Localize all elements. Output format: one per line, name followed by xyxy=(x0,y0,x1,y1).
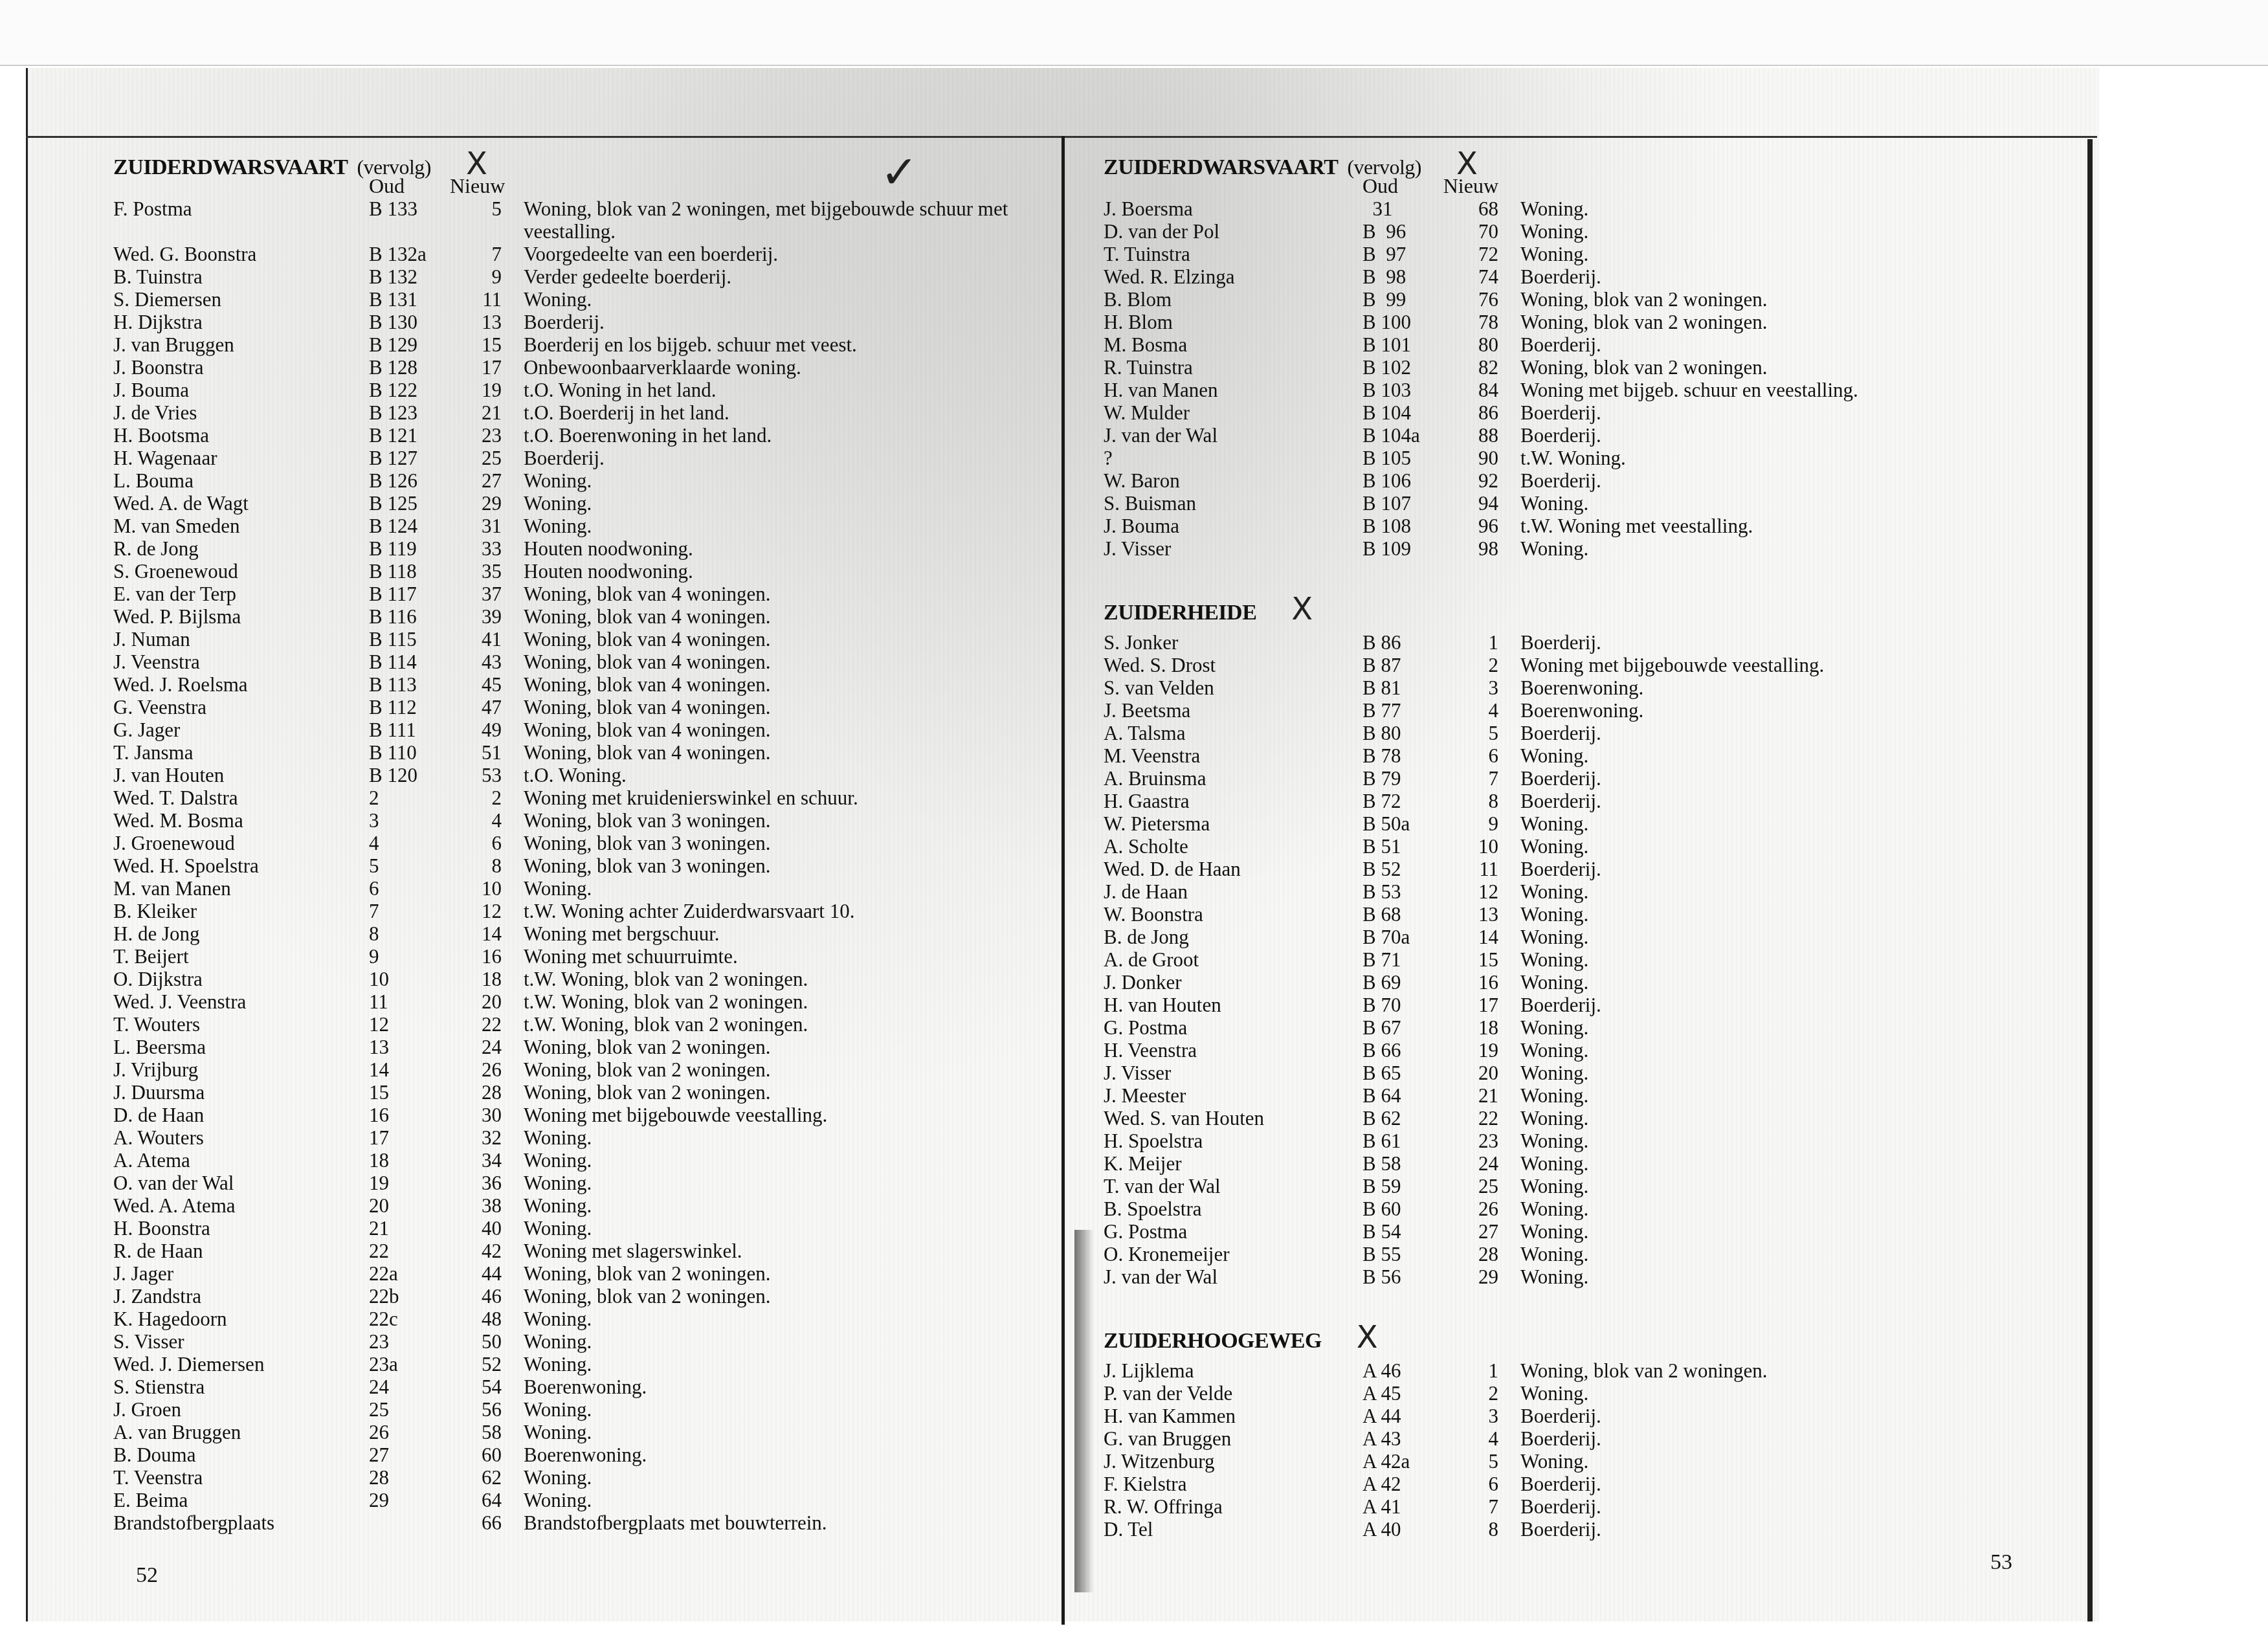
property-description: t.O. Woning. xyxy=(515,764,1039,786)
new-number: 2 xyxy=(1434,1382,1511,1405)
old-number: A 41 xyxy=(1362,1495,1434,1518)
resident-name: L. Bouma xyxy=(113,469,369,492)
property-description: Brandstofbergplaats met bouwterrein. xyxy=(515,1511,1039,1534)
new-number: 90 xyxy=(1434,447,1511,469)
old-number: B 62 xyxy=(1362,1107,1434,1130)
resident-name: B. Douma xyxy=(113,1443,369,1466)
resident-name: W. Pietersma xyxy=(1104,812,1362,835)
resident-row: Wed. P. BijlsmaB 11639Woning, blok van 4… xyxy=(113,605,1039,628)
new-number: 12 xyxy=(1434,880,1511,903)
resident-name: J. Meester xyxy=(1104,1084,1362,1107)
old-number: A 44 xyxy=(1362,1405,1434,1427)
new-number: 14 xyxy=(1434,926,1511,948)
new-number: 16 xyxy=(1434,971,1511,994)
property-description: Woning, blok van 3 woningen. xyxy=(515,854,1039,877)
new-number: 37 xyxy=(450,583,515,605)
resident-name: G. Postma xyxy=(1104,1220,1362,1243)
new-number: 6 xyxy=(1434,1473,1511,1495)
resident-row: J. LijklemaA 461Woning, blok van 2 wonin… xyxy=(1104,1359,2074,1382)
new-number: 42 xyxy=(450,1240,515,1262)
property-description: Woning, blok van 4 woningen. xyxy=(515,651,1039,673)
street-name: ZUIDERHOOGEWEG xyxy=(1104,1329,1322,1353)
new-number: 9 xyxy=(450,265,515,288)
new-number: 33 xyxy=(450,537,515,560)
new-number: 14 xyxy=(450,922,515,945)
resident-row: J. Vrijburg1426Woning, blok van 2 woning… xyxy=(113,1058,1039,1081)
new-number: 48 xyxy=(450,1308,515,1330)
old-number: 15 xyxy=(369,1081,450,1104)
resident-row: H. VeenstraB 6619Woning. xyxy=(1104,1039,2074,1062)
property-description: Woning, blok van 4 woningen. xyxy=(515,605,1039,628)
old-number: 14 xyxy=(369,1058,450,1081)
page-number-right: 53 xyxy=(1990,1550,2012,1575)
new-number: 27 xyxy=(1434,1220,1511,1243)
property-description: Boerderij. xyxy=(1511,790,2074,812)
property-description: Boerderij. xyxy=(1511,1473,2074,1495)
property-description: Woning. xyxy=(515,1421,1039,1443)
handwritten-x-mark-icon: X xyxy=(1357,1319,1377,1355)
property-description: t.W. Woning, blok van 2 woningen. xyxy=(515,990,1039,1013)
new-number: 98 xyxy=(1434,537,1511,560)
new-number: 15 xyxy=(450,333,515,356)
old-number: B 64 xyxy=(1362,1084,1434,1107)
resident-name: Wed. M. Bosma xyxy=(113,809,369,832)
old-number: 20 xyxy=(369,1194,450,1217)
resident-name: W. Baron xyxy=(1104,469,1362,492)
old-number: 5 xyxy=(369,854,450,877)
property-description: Woning, blok van 2 woningen. xyxy=(1511,356,2074,379)
resident-name: H. Blom xyxy=(1104,311,1362,333)
property-description: Woning met bijgebouwde veestalling. xyxy=(1511,654,2074,676)
old-number: B 126 xyxy=(369,469,450,492)
old-number: B 102 xyxy=(1362,356,1434,379)
resident-row: B. TuinstraB 1329Verder gedeelte boerder… xyxy=(113,265,1039,288)
resident-row: H. SpoelstraB 6123Woning. xyxy=(1104,1130,2074,1152)
resident-row: S. van VeldenB 813Boerenwoning. xyxy=(1104,676,2074,699)
property-description: Woning. xyxy=(515,1353,1039,1375)
resident-name: T. Wouters xyxy=(113,1013,369,1036)
resident-row: K. Hagedoorn22c48Woning. xyxy=(113,1308,1039,1330)
resident-name: A. Atema xyxy=(113,1149,369,1172)
old-number: B 128 xyxy=(369,356,450,379)
resident-row: A. Wouters1732Woning. xyxy=(113,1126,1039,1149)
old-number: 12 xyxy=(369,1013,450,1036)
resident-name: H. van Kammen xyxy=(1104,1405,1362,1427)
old-number: A 43 xyxy=(1362,1427,1434,1450)
property-description: Woning, blok van 2 woningen, met bijgebo… xyxy=(515,197,1039,243)
resident-name: A. Scholte xyxy=(1104,835,1362,858)
resident-name: J. Lijklema xyxy=(1104,1359,1362,1382)
resident-row: A. van Bruggen2658Woning. xyxy=(113,1421,1039,1443)
property-description: Boerderij. xyxy=(1511,631,2074,654)
col-spacer xyxy=(1511,174,2074,198)
resident-name: T. Tuinstra xyxy=(1104,243,1362,265)
resident-name: Brandstofbergplaats xyxy=(113,1511,369,1534)
resident-row: J. van der WalB 5629Woning. xyxy=(1104,1265,2074,1288)
property-description: Boerderij. xyxy=(1511,424,2074,447)
old-number: 26 xyxy=(369,1421,450,1443)
resident-name: J. Bouma xyxy=(1104,515,1362,537)
old-number: B 70 xyxy=(1362,994,1434,1016)
old-number: 22 xyxy=(369,1240,450,1262)
property-description: Woning, blok van 3 woningen. xyxy=(515,832,1039,854)
new-number: 23 xyxy=(450,424,515,447)
property-description: Houten noodwoning. xyxy=(515,560,1039,583)
new-number: 8 xyxy=(1434,1518,1511,1541)
resident-row: Wed. J. Diemersen23a52Woning. xyxy=(113,1353,1039,1375)
property-description: Woning. xyxy=(1511,1016,2074,1039)
new-number: 68 xyxy=(1434,197,1511,220)
resident-row: H. Boonstra2140Woning. xyxy=(113,1217,1039,1240)
resident-row: A. ScholteB 5110Woning. xyxy=(1104,835,2074,858)
property-description: t.W. Woning, blok van 2 woningen. xyxy=(515,1013,1039,1036)
property-description: t.W. Woning, blok van 2 woningen. xyxy=(515,968,1039,990)
new-number: 3 xyxy=(1434,1405,1511,1427)
new-number: 53 xyxy=(450,764,515,786)
old-number: B 130 xyxy=(369,311,450,333)
resident-row: M. van SmedenB 12431Woning. xyxy=(113,515,1039,537)
old-number: 16 xyxy=(369,1104,450,1126)
property-description: Woning. xyxy=(515,515,1039,537)
resident-name: B. de Jong xyxy=(1104,926,1362,948)
street-section: ZUIDERDWARSVAART(vervolg)XOudNieuwJ. Boe… xyxy=(1104,146,2074,560)
old-number: A 42a xyxy=(1362,1450,1434,1473)
spine-shadow xyxy=(1074,1230,1094,1592)
property-description: Boerderij. xyxy=(1511,767,2074,790)
new-number: 30 xyxy=(450,1104,515,1126)
old-number: B 79 xyxy=(1362,767,1434,790)
property-description: Boerenwoning. xyxy=(515,1375,1039,1398)
old-number: 9 xyxy=(369,945,450,968)
property-description: Woning. xyxy=(1511,1265,2074,1288)
old-number: B 97 xyxy=(1362,243,1434,265)
resident-name: H. Wagenaar xyxy=(113,447,369,469)
resident-name: Wed. J. Roelsma xyxy=(113,673,369,696)
property-description: t.W. Woning. xyxy=(1511,447,2074,469)
property-description: Woning. xyxy=(1511,1175,2074,1197)
old-number: B 77 xyxy=(1362,699,1434,722)
old-number: B 104 xyxy=(1362,401,1434,424)
property-description: Boerderij. xyxy=(1511,722,2074,744)
resident-row: G. VeenstraB 11247Woning, blok van 4 won… xyxy=(113,696,1039,718)
resident-row: A. TalsmaB 805Boerderij. xyxy=(1104,722,2074,744)
property-description: Woning. xyxy=(515,1172,1039,1194)
property-description: Woning. xyxy=(1511,1243,2074,1265)
new-number: 94 xyxy=(1434,492,1511,515)
property-description: Woning. xyxy=(1511,971,2074,994)
resident-name: L. Beersma xyxy=(113,1036,369,1058)
old-number: 21 xyxy=(369,1217,450,1240)
new-number: 18 xyxy=(450,968,515,990)
resident-name: J. Zandstra xyxy=(113,1285,369,1308)
property-description: Woning. xyxy=(515,1330,1039,1353)
resident-row: S. BuismanB 10794Woning. xyxy=(1104,492,2074,515)
old-number: B 59 xyxy=(1362,1175,1434,1197)
old-number: 24 xyxy=(369,1375,450,1398)
old-number: B 101 xyxy=(1362,333,1434,356)
new-number: 80 xyxy=(1434,333,1511,356)
resident-row: D. van der PolB 9670Woning. xyxy=(1104,220,2074,243)
property-description: Woning. xyxy=(1511,1107,2074,1130)
resident-name: J. Bouma xyxy=(113,379,369,401)
old-number: B 72 xyxy=(1362,790,1434,812)
old-number: A 40 xyxy=(1362,1518,1434,1541)
column-headers: OudNieuw xyxy=(113,174,1039,197)
resident-name: T. Jansma xyxy=(113,741,369,764)
new-number: 11 xyxy=(450,288,515,311)
old-number: 17 xyxy=(369,1126,450,1149)
new-number: 1 xyxy=(1434,1359,1511,1382)
property-description: Woning, blok van 4 woningen. xyxy=(515,628,1039,651)
resident-name: E. Beima xyxy=(113,1489,369,1511)
new-number: 24 xyxy=(450,1036,515,1058)
resident-row: T. Beijert916Woning met schuurruimte. xyxy=(113,945,1039,968)
resident-name: J. de Haan xyxy=(1104,880,1362,903)
resident-row: K. MeijerB 5824Woning. xyxy=(1104,1152,2074,1175)
book-spine xyxy=(1062,136,1065,1625)
new-number: 12 xyxy=(450,900,515,922)
new-number: 62 xyxy=(450,1466,515,1489)
property-description: Boerenwoning. xyxy=(1511,676,2074,699)
new-number: 21 xyxy=(1434,1084,1511,1107)
property-description: Woning. xyxy=(515,1194,1039,1217)
new-number: 15 xyxy=(1434,948,1511,971)
resident-name: J. Visser xyxy=(1104,1062,1362,1084)
property-description: Boerderij. xyxy=(1511,858,2074,880)
section-heading: ZUIDERDWARSVAART(vervolg)X xyxy=(113,146,1039,174)
resident-name: W. Mulder xyxy=(1104,401,1362,424)
resident-name: Wed. A. Atema xyxy=(113,1194,369,1217)
resident-name: H. Veenstra xyxy=(1104,1039,1362,1062)
resident-row: J. Jager22a44Woning, blok van 2 woningen… xyxy=(113,1262,1039,1285)
property-description: Woning met schuurruimte. xyxy=(515,945,1039,968)
resident-row: H. van HoutenB 7017Boerderij. xyxy=(1104,994,2074,1016)
new-number: 4 xyxy=(1434,1427,1511,1450)
page-right-edge xyxy=(2087,139,2093,1621)
resident-row: T. Veenstra2862Woning. xyxy=(113,1466,1039,1489)
resident-name: J. van der Wal xyxy=(1104,424,1362,447)
new-number: 17 xyxy=(450,356,515,379)
property-description: Woning, blok van 2 woningen. xyxy=(1511,311,2074,333)
scan-top-margin xyxy=(0,0,2268,66)
resident-name: A. Bruinsma xyxy=(1104,767,1362,790)
new-number: 36 xyxy=(450,1172,515,1194)
property-description: Woning, blok van 2 woningen. xyxy=(515,1262,1039,1285)
new-number: 51 xyxy=(450,741,515,764)
new-number: 44 xyxy=(450,1262,515,1285)
property-description: Boerderij. xyxy=(515,447,1039,469)
new-number: 76 xyxy=(1434,288,1511,311)
resident-name: G. van Bruggen xyxy=(1104,1427,1362,1450)
property-description: Woning. xyxy=(515,1149,1039,1172)
property-description: Boerderij. xyxy=(1511,401,2074,424)
col-spacer xyxy=(515,174,1039,198)
page-number-left: 52 xyxy=(136,1563,158,1588)
new-number: 49 xyxy=(450,718,515,741)
resident-name: Wed. H. Spoelstra xyxy=(113,854,369,877)
property-description: Woning, blok van 2 woningen. xyxy=(1511,1359,2074,1382)
old-number: 28 xyxy=(369,1466,450,1489)
old-number: 25 xyxy=(369,1398,450,1421)
resident-row: G. PostmaB 6718Woning. xyxy=(1104,1016,2074,1039)
property-description: t.O. Boerenwoning in het land. xyxy=(515,424,1039,447)
new-number: 47 xyxy=(450,696,515,718)
old-number: 11 xyxy=(369,990,450,1013)
resident-row: H. de Jong814Woning met bergschuur. xyxy=(113,922,1039,945)
resident-row: H. DijkstraB 13013Boerderij. xyxy=(113,311,1039,333)
resident-row: T. JansmaB 11051Woning, blok van 4 wonin… xyxy=(113,741,1039,764)
resident-name: J. Duursma xyxy=(113,1081,369,1104)
property-description: Woning, blok van 4 woningen. xyxy=(515,673,1039,696)
property-description: Woning. xyxy=(515,1126,1039,1149)
resident-name: B. Tuinstra xyxy=(113,265,369,288)
old-number: B 106 xyxy=(1362,469,1434,492)
old-number: A 42 xyxy=(1362,1473,1434,1495)
property-description: Woning. xyxy=(1511,1382,2074,1405)
old-number: B 117 xyxy=(369,583,450,605)
property-description: Woning. xyxy=(1511,197,2074,220)
property-description: Woning. xyxy=(1511,1062,2074,1084)
resident-name: Wed. S. Drost xyxy=(1104,654,1362,676)
resident-name: J. Vrijburg xyxy=(113,1058,369,1081)
old-number: 6 xyxy=(369,877,450,900)
property-description: t.W. Woning met veestalling. xyxy=(1511,515,2074,537)
old-number: B 56 xyxy=(1362,1265,1434,1288)
new-number: 34 xyxy=(450,1149,515,1172)
new-number: 8 xyxy=(1434,790,1511,812)
old-number: B 103 xyxy=(1362,379,1434,401)
property-description: Woning. xyxy=(1511,1130,2074,1152)
resident-row: O. van der Wal1936Woning. xyxy=(113,1172,1039,1194)
new-number: 66 xyxy=(450,1511,515,1534)
resident-name: R. Tuinstra xyxy=(1104,356,1362,379)
old-number: 31 xyxy=(1362,197,1434,220)
old-number: B 86 xyxy=(1362,631,1434,654)
resident-name: J. Boersma xyxy=(1104,197,1362,220)
property-description: Woning. xyxy=(515,288,1039,311)
property-description: Woning. xyxy=(515,1398,1039,1421)
property-description: Woning. xyxy=(1511,1039,2074,1062)
street-section: ZUIDERHOOGEWEGXJ. LijklemaA 461Woning, b… xyxy=(1104,1319,2074,1541)
property-description: Woning. xyxy=(1511,903,2074,926)
resident-row: T. van der WalB 5925Woning. xyxy=(1104,1175,2074,1197)
property-description: Woning. xyxy=(1511,1084,2074,1107)
property-description: Woning. xyxy=(1511,243,2074,265)
property-description: Woning. xyxy=(1511,812,2074,835)
resident-name: S. Buisman xyxy=(1104,492,1362,515)
old-number: 27 xyxy=(369,1443,450,1466)
resident-row: J. VisserB 6520Woning. xyxy=(1104,1062,2074,1084)
old-number: B 78 xyxy=(1362,744,1434,767)
old-number: B 118 xyxy=(369,560,450,583)
old-number: B 125 xyxy=(369,492,450,515)
resident-row: S. Stienstra2454Boerenwoning. xyxy=(113,1375,1039,1398)
resident-row: J. de HaanB 5312Woning. xyxy=(1104,880,2074,903)
resident-name: A. van Bruggen xyxy=(113,1421,369,1443)
old-number: B 70a xyxy=(1362,926,1434,948)
resident-row: O. KronemeijerB 5528Woning. xyxy=(1104,1243,2074,1265)
new-number: 5 xyxy=(450,197,515,220)
old-number: B 51 xyxy=(1362,835,1434,858)
resident-name: A. Talsma xyxy=(1104,722,1362,744)
resident-name: Wed. T. Dalstra xyxy=(113,786,369,809)
new-number: 10 xyxy=(1434,835,1511,858)
resident-name: E. van der Terp xyxy=(113,583,369,605)
old-number: B 113 xyxy=(369,673,450,696)
property-description: Woning. xyxy=(1511,537,2074,560)
resident-row: B. Douma2760Boerenwoning. xyxy=(113,1443,1039,1466)
property-description: Woning met bijgebouwde veestalling. xyxy=(515,1104,1039,1126)
new-number: 29 xyxy=(1434,1265,1511,1288)
resident-row: S. GroenewoudB 11835Houten noodwoning. xyxy=(113,560,1039,583)
resident-row: G. JagerB 11149Woning, blok van 4 woning… xyxy=(113,718,1039,741)
resident-row: R. de Haan2242Woning met slagerswinkel. xyxy=(113,1240,1039,1262)
property-description: Woning. xyxy=(1511,948,2074,971)
property-description: Woning met slagerswinkel. xyxy=(515,1240,1039,1262)
new-number: 4 xyxy=(1434,699,1511,722)
resident-name: H. van Manen xyxy=(1104,379,1362,401)
old-number: B 68 xyxy=(1362,903,1434,926)
property-description: Woning. xyxy=(1511,220,2074,243)
property-description: Woning. xyxy=(515,1489,1039,1511)
new-number: 4 xyxy=(450,809,515,832)
old-number: B 114 xyxy=(369,651,450,673)
resident-list: J. LijklemaA 461Woning, blok van 2 wonin… xyxy=(1104,1359,2074,1541)
property-description: Woning. xyxy=(1511,1450,2074,1473)
resident-row: J. van der WalB 104a88Boerderij. xyxy=(1104,424,2074,447)
resident-row: Wed. A. Atema2038Woning. xyxy=(113,1194,1039,1217)
resident-row: A. BruinsmaB 797Boerderij. xyxy=(1104,767,2074,790)
resident-row: J. BoumaB 12219t.O. Woning in het land. xyxy=(113,379,1039,401)
property-description: Woning, blok van 4 woningen. xyxy=(515,583,1039,605)
resident-row: J. BeetsmaB 774Boerenwoning. xyxy=(1104,699,2074,722)
property-description: Woning. xyxy=(515,1466,1039,1489)
resident-name: Wed. S. van Houten xyxy=(1104,1107,1362,1130)
old-number: B 81 xyxy=(1362,676,1434,699)
resident-row: R. de JongB 11933Houten noodwoning. xyxy=(113,537,1039,560)
resident-row: S. DiemersenB 13111Woning. xyxy=(113,288,1039,311)
property-description: Woning. xyxy=(1511,926,2074,948)
resident-list: F. PostmaB 1335Woning, blok van 2 woning… xyxy=(113,197,1039,1534)
new-number: 72 xyxy=(1434,243,1511,265)
resident-row: J. NumanB 11541Woning, blok van 4 woning… xyxy=(113,628,1039,651)
resident-row: R. W. OffringaA 417Boerderij. xyxy=(1104,1495,2074,1518)
resident-name: M. van Manen xyxy=(113,877,369,900)
resident-name: O. Dijkstra xyxy=(113,968,369,990)
resident-row: Wed. R. ElzingaB 9874Boerderij. xyxy=(1104,265,2074,288)
resident-name: J. van der Wal xyxy=(1104,1265,1362,1288)
old-number: B 66 xyxy=(1362,1039,1434,1062)
resident-row: Wed. M. Bosma34Woning, blok van 3 woning… xyxy=(113,809,1039,832)
resident-row: R. TuinstraB 10282Woning, blok van 2 won… xyxy=(1104,356,2074,379)
column-header-oud: Oud xyxy=(1362,174,1434,198)
property-description: Woning. xyxy=(1511,1220,2074,1243)
old-number: B 52 xyxy=(1362,858,1434,880)
resident-row: Wed. T. Dalstra22Woning met kruideniersw… xyxy=(113,786,1039,809)
old-number: 22c xyxy=(369,1308,450,1330)
new-number: 64 xyxy=(450,1489,515,1511)
old-number: B 116 xyxy=(369,605,450,628)
resident-row: H. van ManenB 10384Woning met bijgeb. sc… xyxy=(1104,379,2074,401)
old-number: B 54 xyxy=(1362,1220,1434,1243)
resident-row: O. Dijkstra1018t.W. Woning, blok van 2 w… xyxy=(113,968,1039,990)
section-heading: ZUIDERDWARSVAART(vervolg)X xyxy=(1104,146,2074,174)
resident-name: K. Hagedoorn xyxy=(113,1308,369,1330)
resident-row: L. BoumaB 12627Woning. xyxy=(113,469,1039,492)
resident-name: B. Kleiker xyxy=(113,900,369,922)
new-number: 3 xyxy=(1434,676,1511,699)
resident-list: S. JonkerB 861Boerderij.Wed. S. DrostB 8… xyxy=(1104,631,2074,1288)
